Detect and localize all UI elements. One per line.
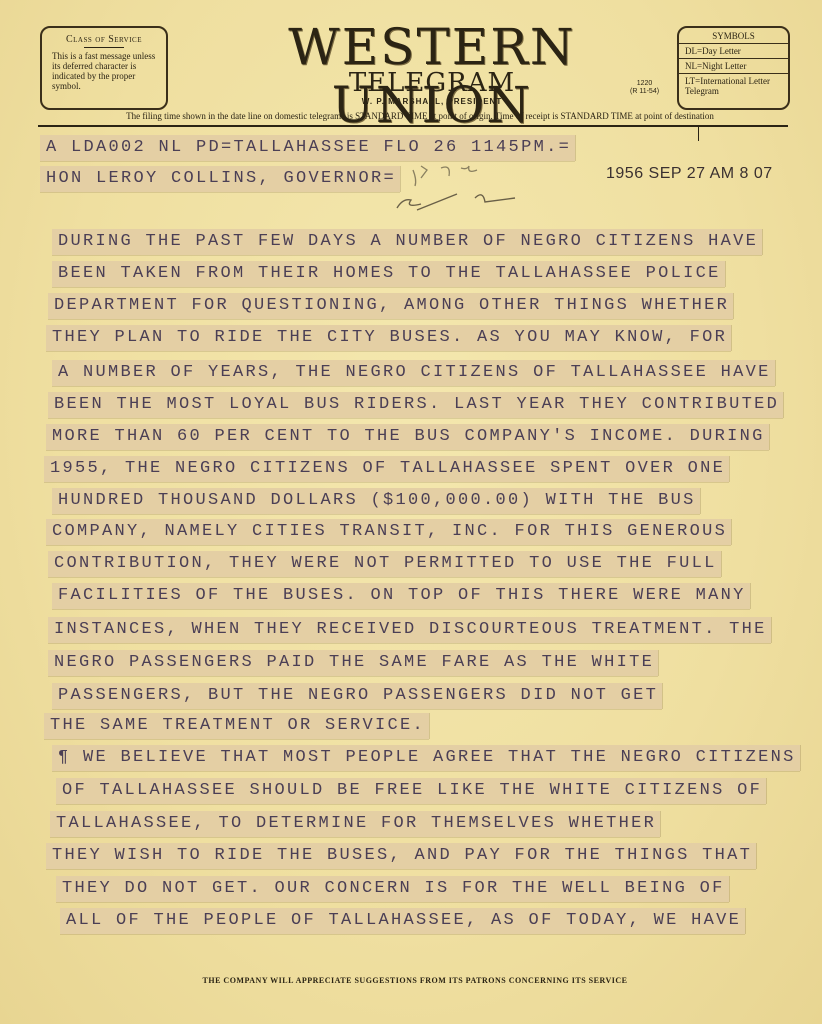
message-line: CONTRIBUTION, THEY WERE NOT PERMITTED TO… <box>48 551 721 577</box>
message-line: BEEN TAKEN FROM THEIR HOMES TO THE TALLA… <box>52 261 725 287</box>
symbol-meaning: Day Letter <box>702 46 741 56</box>
class-of-service-title: Class of Service <box>42 34 166 45</box>
footer-notice: THE COMPANY WILL APPRECIATE SUGGESTIONS … <box>150 976 680 985</box>
divider <box>84 47 124 48</box>
message-line: THEY DO NOT GET. OUR CONCERN IS FOR THE … <box>56 876 729 902</box>
message-line: TALLAHASSEE, TO DETERMINE FOR THEMSELVES… <box>50 811 660 837</box>
message-line: DURING THE PAST FEW DAYS A NUMBER OF NEG… <box>52 229 762 255</box>
message-line: THE SAME TREATMENT OR SERVICE. <box>44 713 429 739</box>
message-line: MORE THAN 60 PER CENT TO THE BUS COMPANY… <box>46 424 769 450</box>
routing-line-2: HON LEROY COLLINS, GOVERNOR= <box>40 166 400 192</box>
message-line: HUNDRED THOUSAND DOLLARS ($100,000.00) W… <box>52 488 700 514</box>
form-revision: (R 11-54) <box>630 88 659 96</box>
message-line: THEY WISH TO RIDE THE BUSES, AND PAY FOR… <box>46 843 756 869</box>
message-line: PASSENGERS, BUT THE NEGRO PASSENGERS DID… <box>52 683 662 709</box>
message-line: FACILITIES OF THE BUSES. ON TOP OF THIS … <box>52 583 750 609</box>
document-type: TELEGRAM <box>182 68 682 98</box>
message-line: 1955, THE NEGRO CITIZENS OF TALLAHASSEE … <box>44 456 729 482</box>
symbol-row: DL=Day Letter <box>679 44 788 59</box>
symbol-meaning: International Letter Telegram <box>685 76 770 96</box>
message-line: THEY PLAN TO RIDE THE CITY BUSES. AS YOU… <box>46 325 731 351</box>
symbol-code: NL <box>685 61 697 71</box>
form-number: 1220 (R 11-54) <box>630 80 659 96</box>
filing-time-notice: The filing time shown in the date line o… <box>50 111 790 121</box>
tick-mark <box>698 127 699 141</box>
symbol-meaning: Night Letter <box>702 61 746 71</box>
message-line: A NUMBER OF YEARS, THE NEGRO CITIZENS OF… <box>52 360 775 386</box>
message-line: COMPANY, NAMELY CITIES TRANSIT, INC. FOR… <box>46 519 731 545</box>
message-line: NEGRO PASSENGERS PAID THE SAME FARE AS T… <box>48 650 658 676</box>
symbol-row: LT=International Letter Telegram <box>679 74 788 98</box>
form-number-value: 1220 <box>630 80 659 88</box>
symbol-code: LT <box>685 76 695 86</box>
president-line: W. P. MARSHALL, PRESIDENT <box>182 97 682 106</box>
received-time-stamp: 1956 SEP 27 AM 8 07 <box>606 165 773 183</box>
message-line: ALL OF THE PEOPLE OF TALLAHASSEE, AS OF … <box>60 908 745 934</box>
symbol-code: DL <box>685 46 697 56</box>
message-line: OF TALLAHASSEE SHOULD BE FREE LIKE THE W… <box>56 778 766 804</box>
message-line: INSTANCES, WHEN THEY RECEIVED DISCOURTEO… <box>48 617 771 643</box>
symbols-box: SYMBOLS DL=Day Letter NL=Night Letter LT… <box>677 26 790 110</box>
class-of-service-text: This is a fast message unless its deferr… <box>42 51 166 91</box>
handwritten-annotation <box>395 158 565 218</box>
symbols-title: SYMBOLS <box>679 28 788 44</box>
message-line: BEEN THE MOST LOYAL BUS RIDERS. LAST YEA… <box>48 392 783 418</box>
symbol-row: NL=Night Letter <box>679 59 788 74</box>
message-line: DEPARTMENT FOR QUESTIONING, AMONG OTHER … <box>48 293 733 319</box>
header-rule <box>38 125 788 127</box>
class-of-service-box: Class of Service This is a fast message … <box>40 26 168 110</box>
message-line: ¶ WE BELIEVE THAT MOST PEOPLE AGREE THAT… <box>52 745 800 771</box>
